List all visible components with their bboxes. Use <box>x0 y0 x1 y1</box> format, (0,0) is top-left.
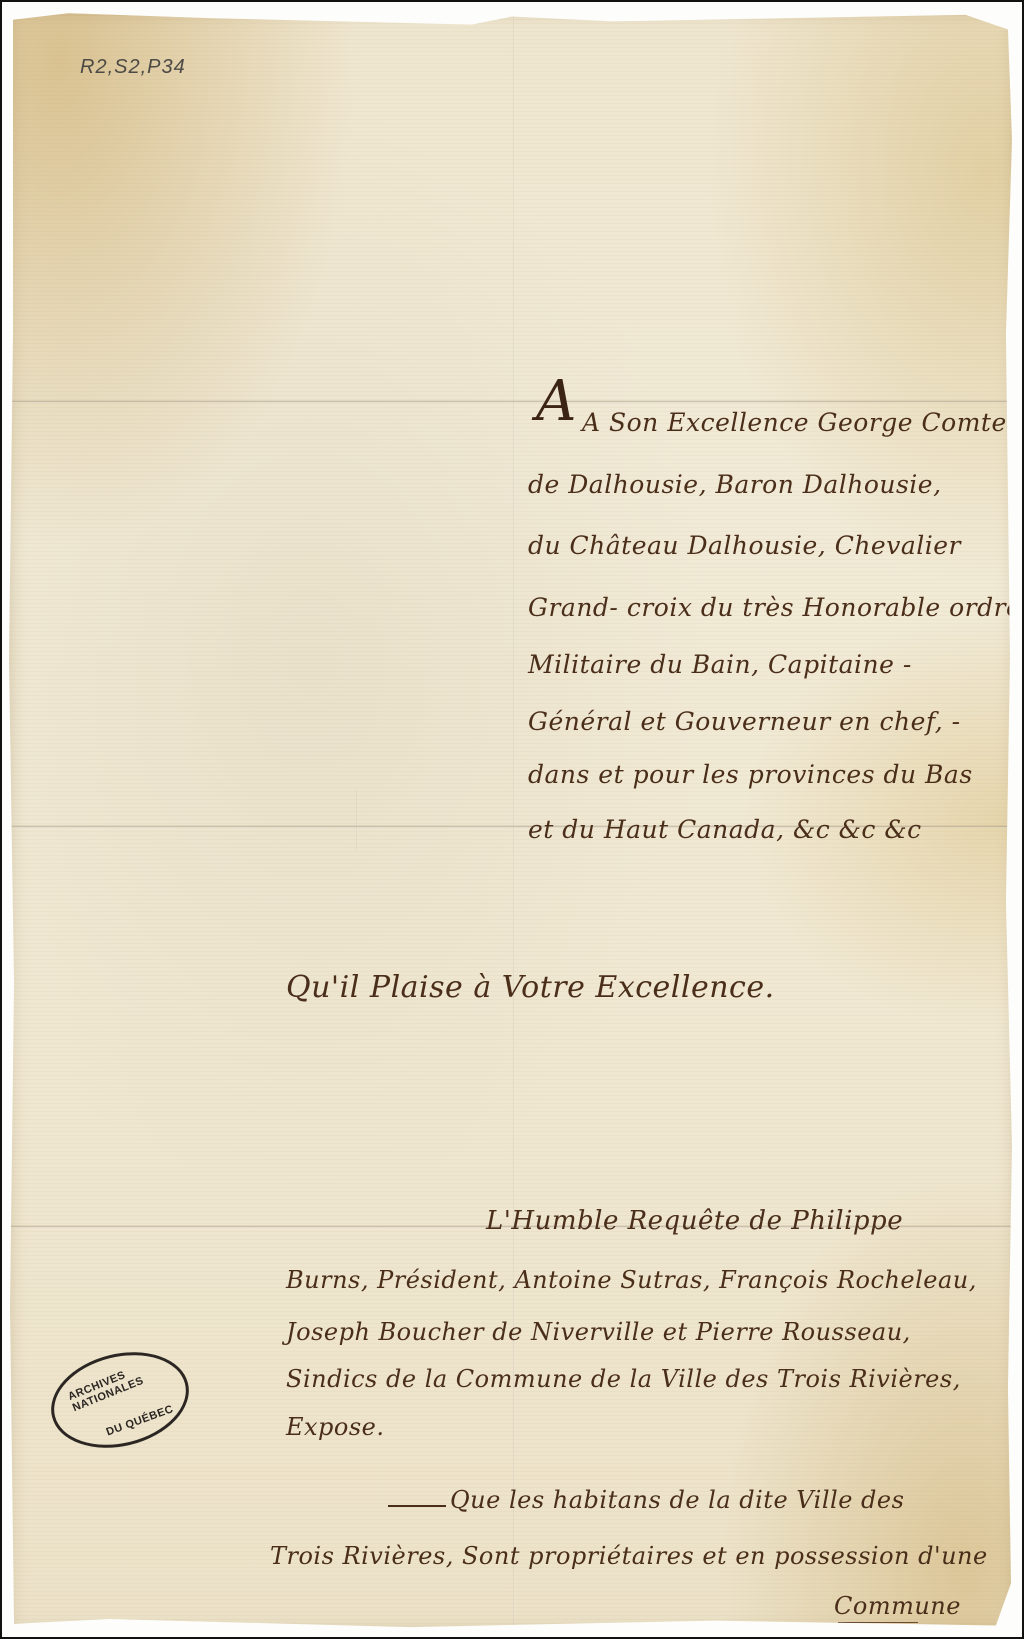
request-line: Burns, Président, Antoine Sutras, Franço… <box>286 1266 977 1294</box>
archive-stamp: ARCHIVES NATIONALES DU QUÉBEC <box>41 1338 199 1461</box>
archive-reference: R2,S2,P34 <box>80 56 186 79</box>
address-line: et du Haut Canada, &c &c &c <box>528 815 922 844</box>
horizontal-fold <box>8 400 1016 403</box>
request-line: Sindics de la Commune de la Ville des Tr… <box>286 1365 961 1393</box>
address-line: du Château Dalhousie, Chevalier <box>528 531 961 560</box>
address-line: de Dalhousie, Baron Dalhousie, <box>528 470 942 499</box>
lead-dash <box>388 1505 446 1507</box>
address-line: A Son Excellence George Comte <box>582 408 1007 437</box>
vertical-crease <box>356 790 358 850</box>
decorative-initial: A <box>536 374 577 430</box>
request-line: Expose. <box>286 1413 385 1441</box>
salutation: Qu'il Plaise à Votre Excellence. <box>286 970 775 1005</box>
document-scan-frame: R2,S2,P34 A A Son Excellence George Comt… <box>0 0 1024 1639</box>
catchword-underline <box>838 1622 918 1623</box>
address-line: Grand- croix du très Honorable ordre <box>528 593 1021 622</box>
catchword: Commune <box>834 1592 961 1620</box>
address-line: Militaire du Bain, Capitaine - <box>528 650 912 679</box>
address-line: dans et pour les provinces du Bas <box>528 760 973 789</box>
manuscript-page: R2,S2,P34 A A Son Excellence George Comt… <box>8 10 1016 1632</box>
exposition-line: Que les habitans de la dite Ville des <box>450 1486 904 1514</box>
request-heading: L'Humble Requête de Philippe <box>486 1206 903 1236</box>
stamp-bottom-text: DU QUÉBEC <box>105 1403 175 1438</box>
address-line: Général et Gouverneur en chef, - <box>528 707 961 736</box>
exposition-line: Trois Rivières, Sont propriétaires et en… <box>270 1542 988 1570</box>
request-line: Joseph Boucher de Niverville et Pierre R… <box>286 1318 911 1346</box>
